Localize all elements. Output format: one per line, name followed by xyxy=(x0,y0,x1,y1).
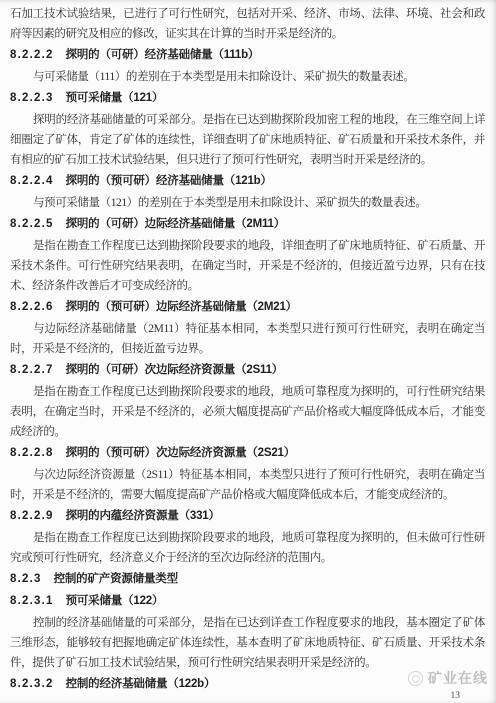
section-title: 探明的（预可研）边际经济基础储量（2M21） xyxy=(66,301,297,313)
section-title: 预可采储量（122） xyxy=(66,595,164,607)
section-title: 探明的（预可研）次边际经济资源量（2S21） xyxy=(66,447,295,459)
section-heading: 8.2.2.7探明的（可研）次边际经济资源量（2S11） xyxy=(10,360,485,380)
body-paragraph: 控制的经济基础储量的可采部分，是指在已达到详查工作程度要求的地段，基本圈定了矿体… xyxy=(10,613,485,673)
section-heading: 8.2.2.2探明的（可研）经济基础储量（111b） xyxy=(10,45,485,65)
section-number: 8.2.2.9 xyxy=(10,510,54,522)
section-title: 探明的（可研）边际经济基础储量（2M11） xyxy=(66,218,285,230)
section-title: 预可采储量（121） xyxy=(66,92,164,104)
body-paragraph: 与次边际经济资源量（2S11）特征基本相同，本类型只进行了预可行性研究，表明在确… xyxy=(10,465,485,505)
section-number: 8.2.2.7 xyxy=(10,364,54,376)
section-heading: 8.2.2.6探明的（预可研）边际经济基础储量（2M21） xyxy=(10,297,485,317)
body-paragraph: 与可采储量（111）的差别在于本类型是用未扣除设计、采矿损失的数量表述。 xyxy=(10,67,485,87)
page-number: 13 xyxy=(451,691,461,701)
section-number: 8.2.2.3 xyxy=(10,92,54,104)
section-number: 8.2.3.2 xyxy=(10,678,54,690)
body-paragraph: 与预可采储量（121）的差别在于本类型是用未扣除设计、采矿损失的数量表述。 xyxy=(10,193,485,213)
body-paragraph: 是指在勘查工作程度已达到勘探阶段要求的地段，详细查明了矿床地质特征、矿石质量、开… xyxy=(10,236,485,296)
section-title: 探明的（可研）经济基础储量（111b） xyxy=(66,49,260,61)
document-page: 石加工技术试验结果，已进行了可行性研究，包括对开采、经济、市场、法律、环境、社会… xyxy=(0,0,496,703)
section-number: 8.2.2.4 xyxy=(10,175,54,187)
section-title: 控制的经济基础储量（122b） xyxy=(66,678,216,690)
section-title: 探明的（可研）次边际经济资源量（2S11） xyxy=(66,364,284,376)
section-number: 8.2.2.8 xyxy=(10,447,54,459)
body-paragraph: 与边际经济基础储量（2M11）特征基本相同，本类型只进行预可行性研究，表明在确定… xyxy=(10,319,485,359)
body-paragraph: 是指在勘查工作程度已达到勘探阶段要求的地段，地质可靠程度为探明的，但未做可行性研… xyxy=(10,528,485,568)
body-paragraph: 是指在勘查工作程度已达到勘探阶段要求的地段，地质可靠程度为探明的，可行性研究结果… xyxy=(10,382,485,442)
section-title: 探明的（预可研）经济基础储量（121b） xyxy=(66,175,272,187)
section-number: 8.2.2.2 xyxy=(10,49,54,61)
section-number: 8.2.3.1 xyxy=(10,595,54,607)
section-heading: 8.2.3控制的矿产资源储量类型 xyxy=(10,569,485,589)
section-heading: 8.2.2.5探明的（可研）边际经济基础储量（2M11） xyxy=(10,214,485,234)
section-number: 8.2.2.6 xyxy=(10,301,54,313)
section-title: 控制的矿产资源储量类型 xyxy=(54,573,178,585)
section-heading: 8.2.2.3预可采储量（121） xyxy=(10,88,485,108)
body-paragraph: 石加工技术试验结果，已进行了可行性研究，包括对开采、经济、市场、法律、环境、社会… xyxy=(10,4,485,44)
section-heading: 8.2.3.1预可采储量（122） xyxy=(10,591,485,611)
section-heading: 8.2.2.9探明的内蕴经济资源量（331） xyxy=(10,506,485,526)
body-paragraph: 探明的经济基础储量的可采部分。是指在已达到勘探阶段加密工程的地段，在三维空间上详… xyxy=(10,110,485,170)
section-heading: 8.2.3.2控制的经济基础储量（122b） xyxy=(10,674,485,694)
section-heading: 8.2.2.4探明的（预可研）经济基础储量（121b） xyxy=(10,171,485,191)
document-content: 石加工技术试验结果，已进行了可行性研究，包括对开采、经济、市场、法律、环境、社会… xyxy=(10,4,485,696)
section-number: 8.2.3 xyxy=(10,573,42,585)
section-number: 8.2.2.5 xyxy=(10,218,54,230)
section-heading: 8.2.2.8探明的（预可研）次边际经济资源量（2S21） xyxy=(10,443,485,463)
section-title: 探明的内蕴经济资源量（331） xyxy=(66,510,220,522)
